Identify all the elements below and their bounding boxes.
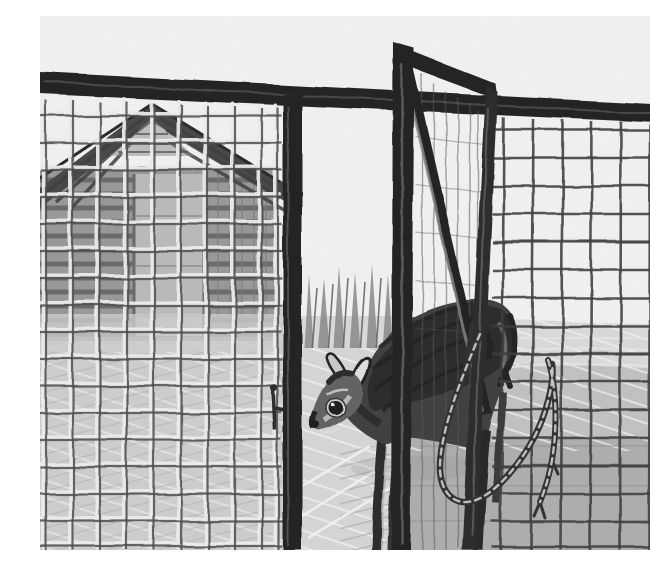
paper-grain [40, 16, 650, 550]
illustration: Deer slipping through an open paddock ga… [40, 16, 650, 550]
drawing-canvas: Deer slipping through an open paddock ga… [40, 16, 650, 550]
